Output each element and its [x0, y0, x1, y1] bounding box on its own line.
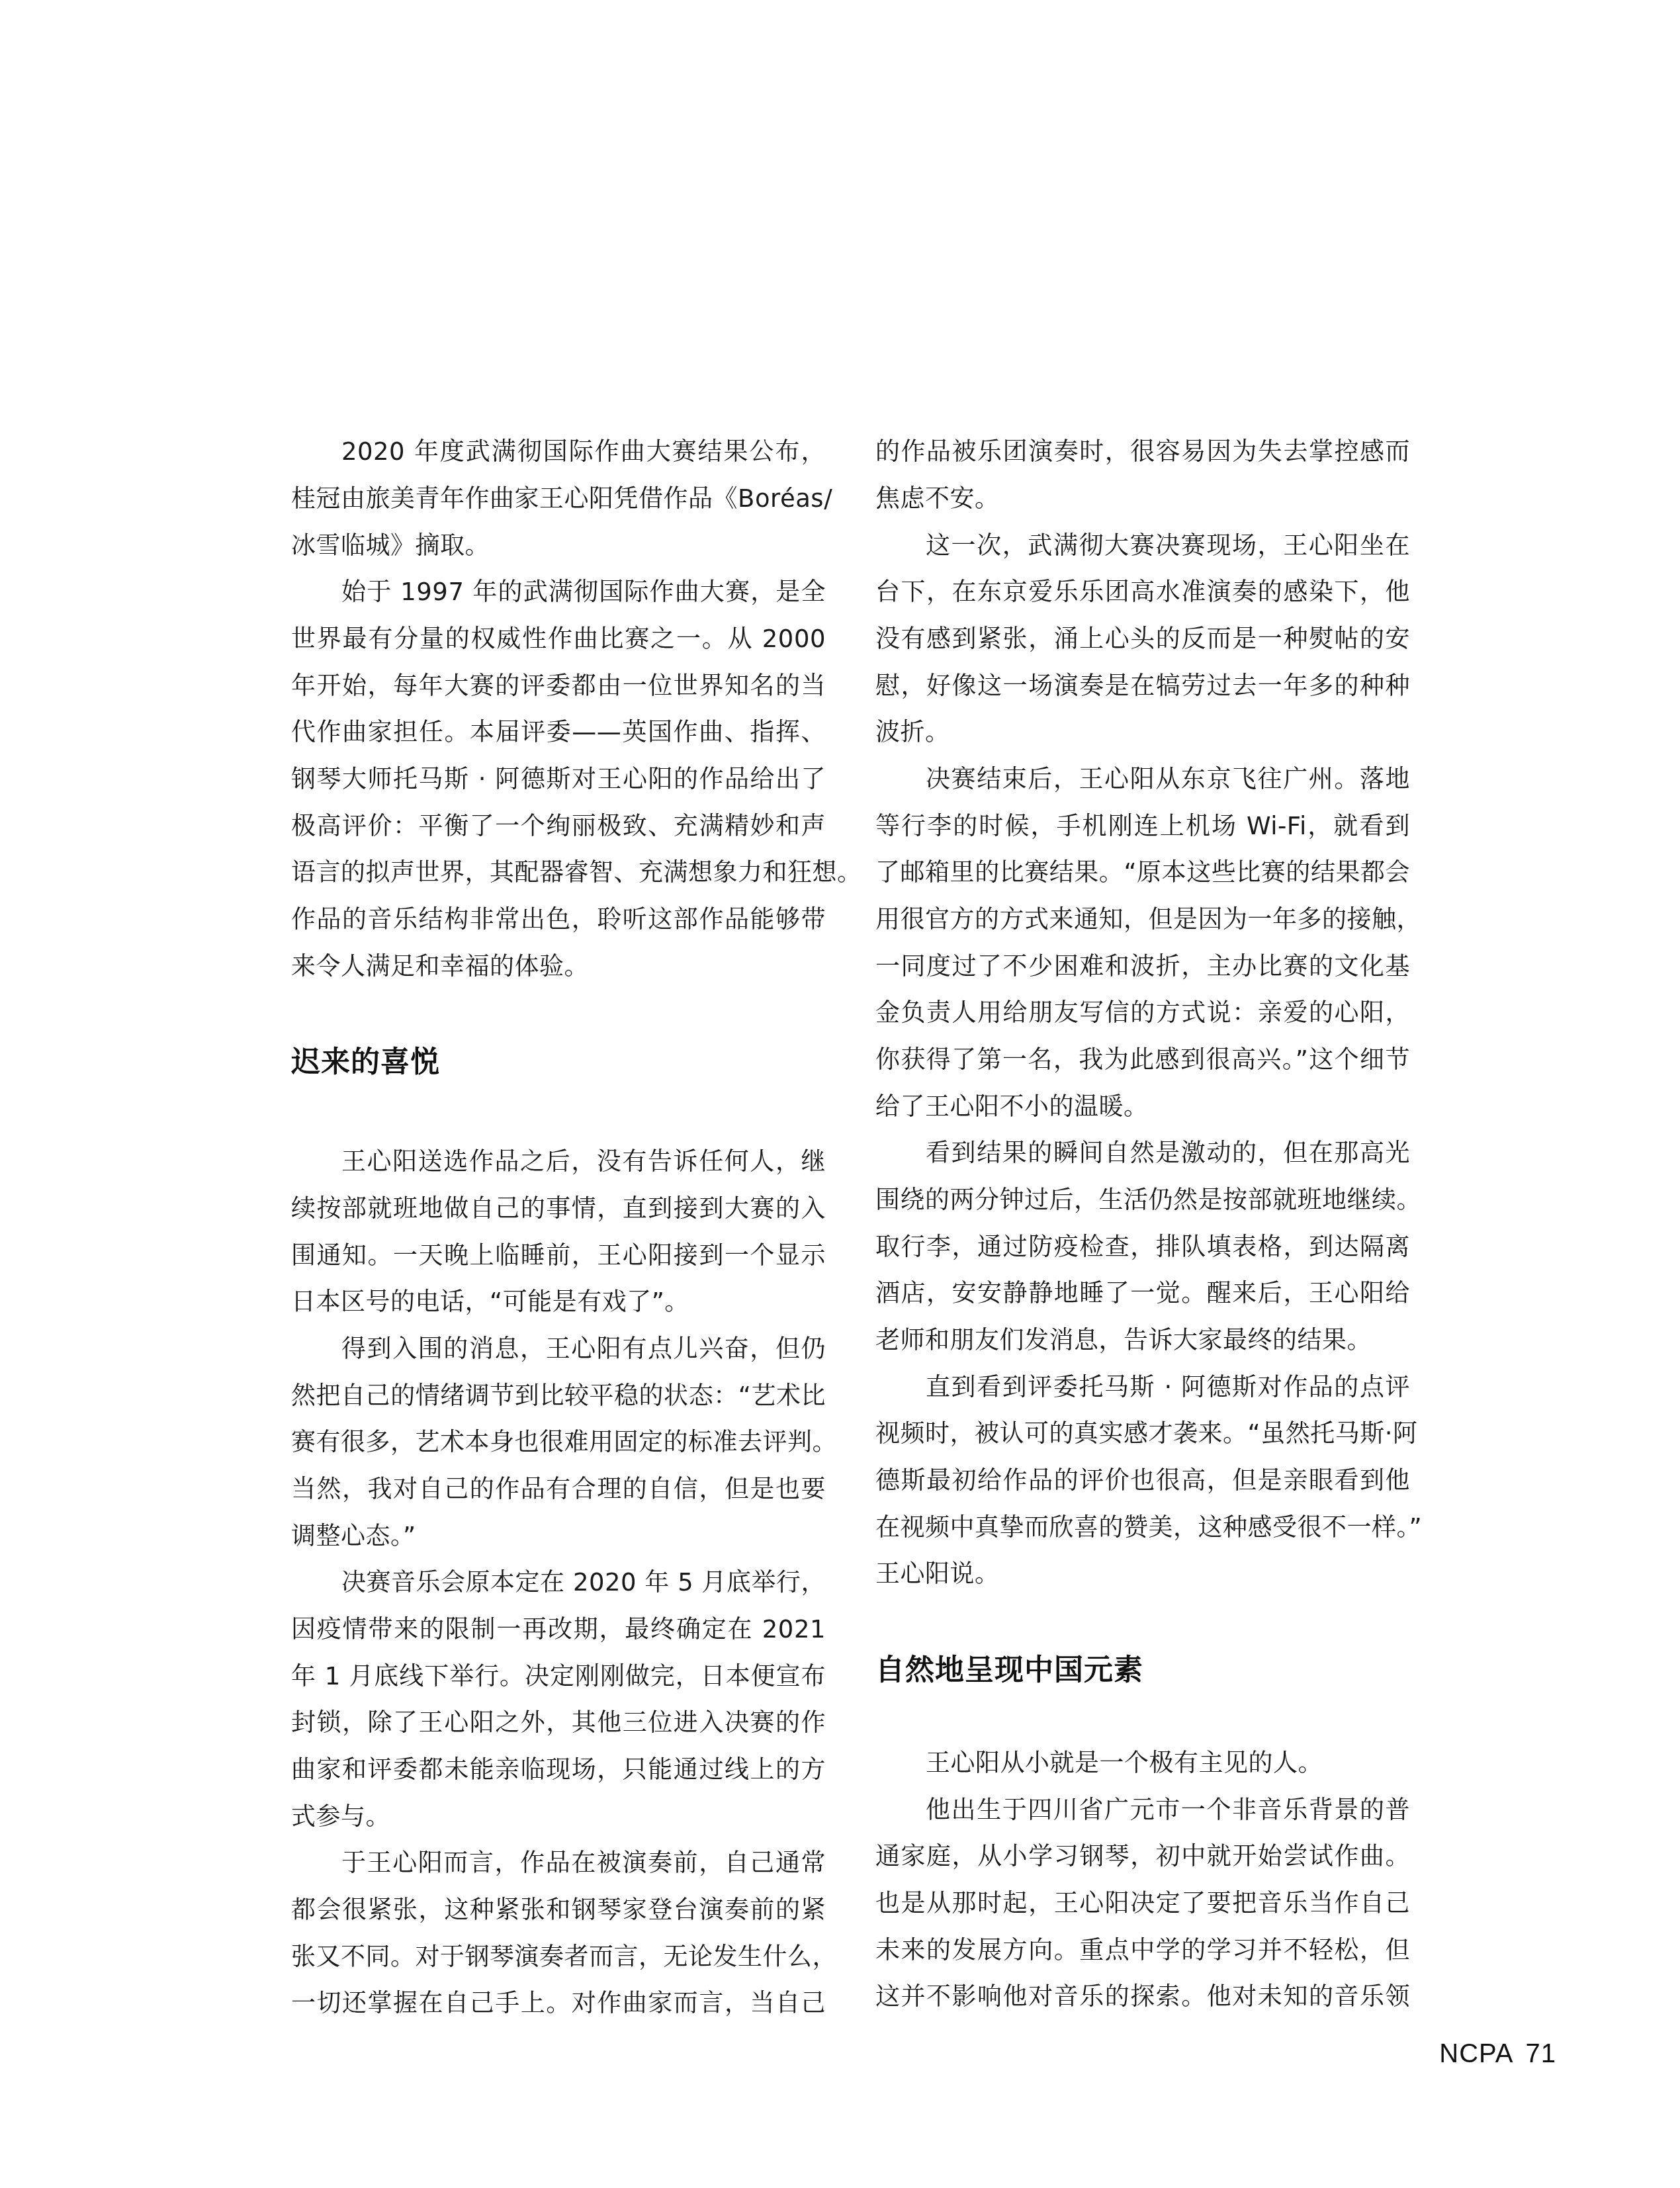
page-folio: NCPA71 [1439, 2039, 1556, 2069]
body-line: 张又不同。对于钢琴演奏者而言，无论发生什么， [291, 1941, 826, 1974]
body-line: 曲家和评委都未能亲临现场，只能通过线上的方 [291, 1753, 826, 1786]
body-line: 语言的拟声世界，其配器睿智、充满想象力和狂想。 [291, 856, 826, 889]
body-line: 调整心态。” [291, 1520, 826, 1553]
body-line: 了邮箱里的比赛结果。“原本这些比赛的结果都会 [875, 856, 1410, 889]
body-line: 决赛音乐会原本定在 2020 年 5 月底举行， [291, 1566, 826, 1599]
body-line: 世界最有分量的权威性作曲比赛之一。从 2000 [291, 623, 826, 656]
body-line: 的作品被乐团演奏时，很容易因为失去掌控感而 [875, 435, 1410, 468]
body-line: 都会很紧张，这种紧张和钢琴家登台演奏前的紧 [291, 1894, 826, 1927]
body-line: 一同度过了不少困难和波折，主办比赛的文化基 [875, 950, 1410, 983]
body-line: 始于 1997 年的武满彻国际作曲大赛，是全 [291, 576, 826, 609]
page-number: 71 [1526, 2039, 1557, 2068]
body-line: 王心阳说。 [875, 1557, 1410, 1591]
body-line: 在视频中真挚而欣喜的赞美，这种感受很不一样。” [875, 1511, 1410, 1544]
body-line: 台下，在东京爱乐乐团高水准演奏的感染下，他 [875, 576, 1410, 609]
section-heading: 迟来的喜悦 [291, 1044, 440, 1081]
section-heading: 自然地呈现中国元素 [875, 1652, 1143, 1689]
body-line: 王心阳从小就是一个极有主见的人。 [875, 1747, 1410, 1780]
body-line: 用很官方的方式来通知，但是因为一年多的接触， [875, 903, 1410, 936]
body-line: 日本区号的电话，“可能是有戏了”。 [291, 1286, 826, 1319]
body-line: 围绕的两分钟过后，生活仍然是按部就班地继续。 [875, 1184, 1410, 1217]
body-line: 当然，我对自己的作品有合理的自信，但是也要 [291, 1473, 826, 1506]
body-line: 一切还掌握在自己手上。对作曲家而言，当自己 [291, 1987, 826, 2020]
body-line: 等行李的时候，手机刚连上机场 Wi-Fi，就看到 [875, 810, 1410, 843]
body-line: 没有感到紧张，涌上心头的反而是一种熨帖的安 [875, 623, 1410, 656]
body-line: 王心阳送选作品之后，没有告诉任何人，继 [291, 1145, 826, 1178]
body-line: 视频时，被认可的真实感才袭来。“虽然托马斯·阿 [875, 1417, 1410, 1450]
body-line: 老师和朋友们发消息，告诉大家最终的结果。 [875, 1324, 1410, 1357]
body-line: 取行李，通过防疫检查，排队填表格，到达隔离 [875, 1231, 1410, 1264]
body-line: 来令人满足和幸福的体验。 [291, 950, 826, 983]
body-line: 未来的发展方向。重点中学的学习并不轻松，但 [875, 1934, 1410, 1967]
body-line: 他出生于四川省广元市一个非音乐背景的普 [875, 1794, 1410, 1827]
body-line: 决赛结束后，王心阳从东京飞往广州。落地 [875, 763, 1410, 796]
body-line: 极高评价：平衡了一个绚丽极致、充满精妙和声 [291, 810, 826, 843]
body-line: 续按部就班地做自己的事情，直到接到大赛的入 [291, 1192, 826, 1225]
body-line: 年 1 月底线下举行。决定刚刚做完，日本便宣布 [291, 1660, 826, 1693]
body-line: 钢琴大师托马斯 · 阿德斯对王心阳的作品给出了 [291, 763, 826, 796]
publication-name: NCPA [1439, 2039, 1513, 2068]
body-line: 因疫情带来的限制一再改期，最终确定在 2021 [291, 1613, 826, 1646]
body-line: 式参与。 [291, 1800, 826, 1833]
body-line: 作品的音乐结构非常出色，聆听这部作品能够带 [291, 903, 826, 936]
body-line: 你获得了第一名，我为此感到很高兴。”这个细节 [875, 1043, 1410, 1076]
body-line: 桂冠由旅美青年作曲家王心阳凭借作品《Boréas/ [291, 482, 826, 515]
body-line: 慰，好像这一场演奏是在犒劳过去一年多的种种 [875, 670, 1410, 703]
body-line: 焦虑不安。 [875, 482, 1410, 515]
body-line: 看到结果的瞬间自然是激动的，但在那高光 [875, 1137, 1410, 1170]
body-line: 封锁，除了王心阳之外，其他三位进入决赛的作 [291, 1706, 826, 1739]
body-line: 也是从那时起，王心阳决定了要把音乐当作自己 [875, 1887, 1410, 1920]
body-line: 然把自己的情绪调节到比较平稳的状态：“艺术比 [291, 1379, 826, 1413]
body-line: 波折。 [875, 716, 1410, 749]
body-line: 年开始，每年大赛的评委都由一位世界知名的当 [291, 670, 826, 703]
body-line: 金负责人用给朋友写信的方式说：亲爱的心阳， [875, 996, 1410, 1029]
body-line: 2020 年度武满彻国际作曲大赛结果公布， [291, 435, 826, 468]
body-line: 代作曲家担任。本届评委——英国作曲、指挥、 [291, 716, 826, 749]
body-line: 给了王心阳不小的温暖。 [875, 1090, 1410, 1123]
body-line: 酒店，安安静静地睡了一觉。醒来后，王心阳给 [875, 1277, 1410, 1310]
body-line: 围通知。一天晚上临睡前，王心阳接到一个显示 [291, 1239, 826, 1272]
body-line: 得到入围的消息，王心阳有点儿兴奋，但仍 [291, 1333, 826, 1366]
body-line: 赛有很多，艺术本身也很难用固定的标准去评判。 [291, 1426, 826, 1459]
body-line: 通家庭，从小学习钢琴，初中就开始尝试作曲。 [875, 1840, 1410, 1873]
body-line: 这并不影响他对音乐的探索。他对未知的音乐领 [875, 1980, 1410, 2013]
body-line: 冰雪临城》摘取。 [291, 529, 826, 562]
body-line: 直到看到评委托马斯 · 阿德斯对作品的点评 [875, 1371, 1410, 1404]
body-line: 德斯最初给作品的评价也很高，但是亲眼看到他 [875, 1464, 1410, 1497]
body-line: 这一次，武满彻大赛决赛现场，王心阳坐在 [875, 529, 1410, 562]
body-line: 于王心阳而言，作品在被演奏前，自己通常 [291, 1847, 826, 1880]
